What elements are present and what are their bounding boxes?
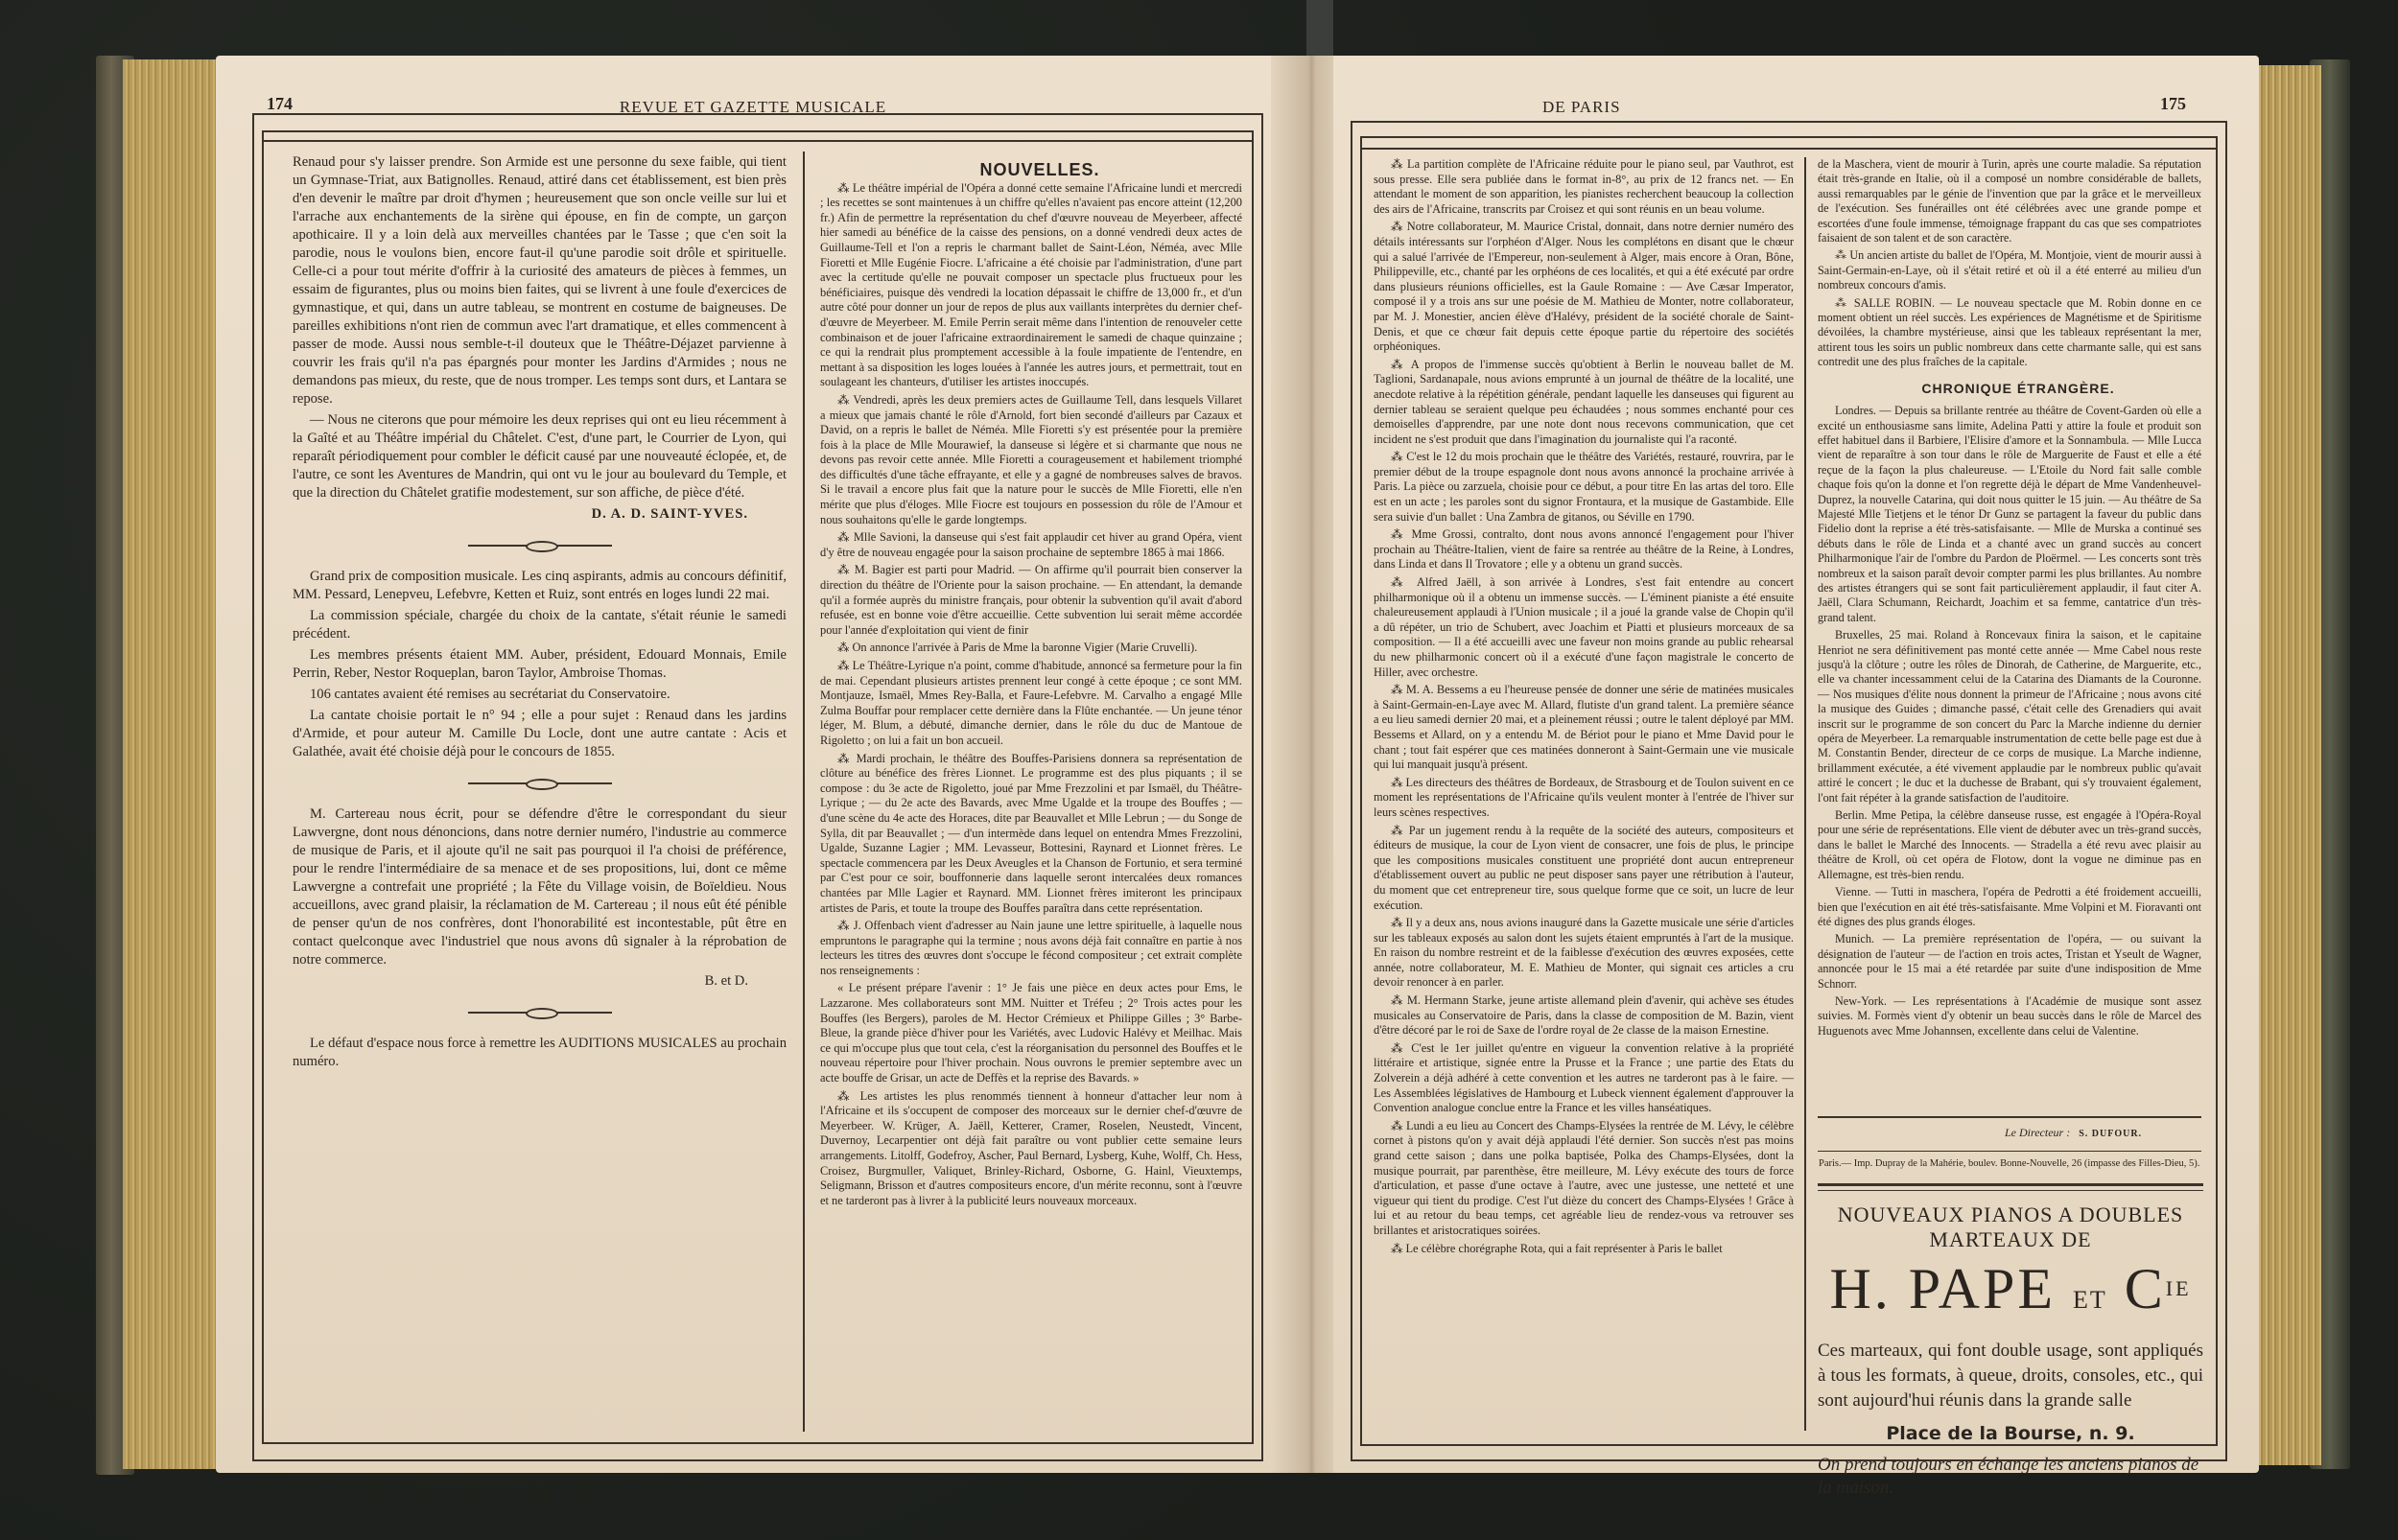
right-page: DE PARIS 175 ⁂ La partition complète de … <box>1333 56 2259 1473</box>
right-column-1: ⁂ La partition complète de l'Africaine r… <box>1374 157 1794 1259</box>
news-item: ⁂ Lundi a eu lieu au Concert des Champs-… <box>1374 1119 1794 1239</box>
news-item: ⁂ La partition complète de l'Africaine r… <box>1374 157 1794 217</box>
top-rule <box>1360 148 2216 150</box>
article-paragraph: — Nous ne citerons que pour mémoire les … <box>293 411 787 502</box>
prix-paragraph: Grand prix de composition musicale. Les … <box>293 568 787 604</box>
advert-brand-et: ET <box>2073 1286 2107 1314</box>
page-edges-left <box>123 59 219 1469</box>
imprint-rule <box>1818 1151 2201 1152</box>
running-head: DE PARIS <box>1542 98 1621 117</box>
news-item: ⁂ M. A. Bessems a eu l'heureuse pensée d… <box>1374 683 1794 773</box>
advert-headline: NOUVEAUX PIANOS A DOUBLES MARTEAUX DE <box>1818 1202 2203 1252</box>
prix-paragraph: La cantate choisie portait le n° 94 ; el… <box>293 707 787 761</box>
news-item: ⁂ M. Bagier est parti pour Madrid. — On … <box>820 563 1242 638</box>
news-item: ⁂ M. Hermann Starke, jeune artiste allem… <box>1374 993 1794 1038</box>
advert-rule <box>1818 1183 2203 1186</box>
prix-paragraph: 106 cantates avaient été remises au secr… <box>293 686 787 704</box>
news-item: « Le présent prépare l'avenir : 1° Je fa… <box>820 981 1242 1085</box>
signature: D. A. D. SAINT-YVES. <box>293 505 748 524</box>
news-item: ⁂ Il y a deux ans, nous avions inauguré … <box>1374 916 1794 991</box>
page-edges-right <box>2256 65 2321 1465</box>
advert-footer: On prend toujours en échange les anciens… <box>1818 1454 2203 1500</box>
prix-paragraph: La commission spéciale, chargée du choix… <box>293 607 787 643</box>
advert-body: Ces marteaux, qui font double usage, son… <box>1818 1339 2203 1413</box>
chronique-item: Londres. — Depuis sa brillante rentrée a… <box>1818 404 2201 625</box>
news-item: ⁂ Le célèbre chorégraphe Rota, qui a fai… <box>1374 1242 1794 1257</box>
page-number: 175 <box>2160 94 2186 114</box>
director-credit: Le Directeur : S. DUFOUR. <box>2005 1126 2142 1140</box>
news-item: ⁂ Par un jugement rendu à la requête de … <box>1374 824 1794 914</box>
advert-brand-co: C <box>2125 1257 2166 1320</box>
ornament-divider <box>468 779 612 788</box>
spine-gap <box>1306 0 1333 56</box>
news-item: ⁂ A propos de l'immense succès qu'obtien… <box>1374 358 1794 448</box>
advert-brand-name: H. PAPE <box>1829 1257 2056 1320</box>
open-book: 174 REVUE ET GAZETTE MUSICALE Renaud pou… <box>96 56 2350 1475</box>
section-title-nouvelles: NOUVELLES. <box>820 163 1242 178</box>
section-title-chronique: CHRONIQUE ÉTRANGÈRE. <box>1818 382 2201 396</box>
ornament-divider <box>468 541 612 550</box>
chronique-item: New-York. — Les représentations à l'Acad… <box>1818 994 2201 1038</box>
news-item: ⁂ Alfred Jaëll, à son arrivée à Londres,… <box>1374 575 1794 680</box>
chronique-item: Bruxelles, 25 mai. Roland à Roncevaux fi… <box>1818 628 2201 805</box>
news-item: ⁂ Notre collaborateur, M. Maurice Crista… <box>1374 220 1794 354</box>
left-column-2: NOUVELLES. ⁂ Le théâtre impérial de l'Op… <box>820 163 1242 1211</box>
advert-brand-co-sup: IE <box>2166 1276 2192 1300</box>
chronique-item: Berlin. Mme Petipa, la célèbre danseuse … <box>1818 808 2201 882</box>
news-item: ⁂ J. Offenbach vient d'adresser au Nain … <box>820 919 1242 978</box>
news-item: ⁂ Mardi prochain, le théâtre des Bouffes… <box>820 752 1242 917</box>
ornament-divider <box>468 1008 612 1017</box>
left-column-1: Renaud pour s'y laisser prendre. Son Arm… <box>293 153 787 1074</box>
article-paragraph: Renaud pour s'y laisser prendre. Son Arm… <box>293 153 787 408</box>
news-item: ⁂ Le Théâtre-Lyrique n'a point, comme d'… <box>820 659 1242 749</box>
prix-paragraph: Les membres présents étaient MM. Auber, … <box>293 646 787 683</box>
news-item: ⁂ Le théâtre impérial de l'Opéra a donné… <box>820 181 1242 390</box>
chronique-item: Vienne. — Tutti in maschera, l'opéra de … <box>1818 885 2201 929</box>
left-page: 174 REVUE ET GAZETTE MUSICALE Renaud pou… <box>216 56 1290 1473</box>
news-item: ⁂ On annonce l'arrivée à Paris de Mme la… <box>820 641 1242 656</box>
chronique-item: Munich. — La première représentation de … <box>1818 932 2201 992</box>
defaut-paragraph: Le défaut d'espace nous force à remettre… <box>293 1035 787 1071</box>
advert-brand: H. PAPE ET CIE <box>1818 1258 2203 1331</box>
advert-rule <box>1818 1190 2203 1191</box>
printer-imprint: Paris.— Imp. Dupray de la Mahérie, boule… <box>1819 1158 2202 1169</box>
news-item: ⁂ Les directeurs des théâtres de Bordeau… <box>1374 776 1794 821</box>
top-rule <box>262 140 1252 142</box>
news-item: ⁂ Mme Grossi, contralto, dont nous avons… <box>1374 527 1794 572</box>
right-column-2: de la Maschera, vient de mourir à Turin,… <box>1818 157 2201 1041</box>
advert-address: Place de la Bourse, n. 9. <box>1818 1423 2203 1444</box>
news-item: ⁂ Un ancien artiste du ballet de l'Opéra… <box>1818 248 2201 292</box>
news-item: ⁂ C'est le 12 du mois prochain que le th… <box>1374 450 1794 525</box>
news-item: ⁂ C'est le 1er juillet qu'entre en vigue… <box>1374 1041 1794 1116</box>
pape-advertisement: NOUVEAUX PIANOS A DOUBLES MARTEAUX DE H.… <box>1818 1202 2203 1500</box>
news-item: ⁂ Mlle Savioni, la danseuse qui s'est fa… <box>820 530 1242 560</box>
column-divider <box>803 152 805 1432</box>
director-label: Le Directeur : <box>2005 1126 2070 1139</box>
director-rule <box>1818 1116 2201 1118</box>
news-item: ⁂ SALLE ROBIN. — Le nouveau spectacle qu… <box>1818 296 2201 370</box>
news-item: ⁂ Les artistes les plus renommés tiennen… <box>820 1089 1242 1209</box>
cartereau-paragraph: M. Cartereau nous écrit, pour se défendr… <box>293 805 787 969</box>
news-item: de la Maschera, vient de mourir à Turin,… <box>1818 157 2201 245</box>
news-item: ⁂ Vendredi, après les deux premiers acte… <box>820 393 1242 527</box>
column-divider <box>1804 157 1806 1431</box>
director-name: S. DUFOUR. <box>2079 1129 2142 1139</box>
signature: B. et D. <box>293 972 748 991</box>
